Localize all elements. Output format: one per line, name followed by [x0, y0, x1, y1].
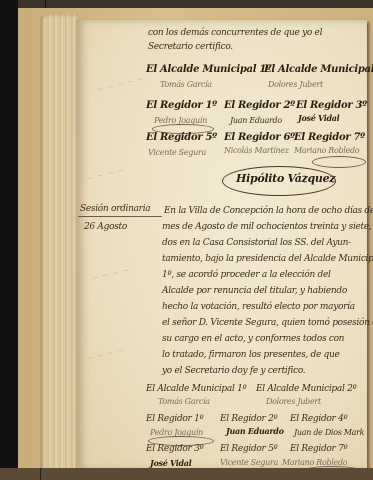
signature-flourish	[222, 166, 336, 196]
signature-title: El Regidor 1º	[146, 414, 203, 424]
string-marker	[40, 468, 41, 480]
signature-name: Juan Eduardo	[226, 426, 284, 436]
signature-name: Juan Eduardo	[230, 116, 282, 125]
bleed-through: ~ ~ ~ ~	[85, 165, 125, 184]
signature-title: El Regidor 5º	[220, 444, 277, 454]
bleed-through: ~ ~ ~ ~	[85, 345, 125, 364]
entry-line: mes de Agosto de mil ochocientos treinta…	[162, 222, 373, 232]
signature-name: Mariano Robledo	[294, 146, 359, 155]
signature-name: Nicolás Martínez	[224, 146, 289, 155]
entry-line: su cargo en el acto, y conformes todos c…	[162, 334, 344, 344]
heading-underline	[78, 216, 162, 217]
signature-title: El Alcalde Municipal 2º	[264, 64, 373, 75]
signature-name: Vicente Segura	[220, 458, 278, 467]
margin-date: 26 Agosto	[84, 222, 127, 232]
margin-heading: Sesión ordinaria	[80, 204, 150, 214]
signature-title: El Regidor 2º	[224, 100, 295, 111]
bleed-through: ~ ~ ~ ~	[90, 265, 130, 284]
signature-title: El Regidor 1º	[146, 100, 217, 111]
signature-title: El Alcalde Municipal 1º	[146, 384, 246, 394]
photo-bottom-edge	[0, 468, 373, 480]
signature-flourish	[312, 156, 366, 168]
signature-title: El Regidor 4º	[290, 414, 347, 424]
signature-name: José Vidal	[150, 458, 191, 468]
entry-line: 1º, se acordó proceder a la elección del	[162, 270, 331, 280]
signature-name: Tomás García	[160, 80, 212, 89]
entry-line: Alcalde por renuncia del titular, y habi…	[162, 286, 347, 296]
entry-line: En la Villa de Concepción la hora de och…	[164, 206, 373, 216]
signature-name: Vicente Segura	[148, 148, 206, 157]
signature-title: El Regidor 3º	[146, 444, 203, 454]
signature-title: El Regidor 3º	[296, 100, 367, 111]
signature-title: El Regidor 7º	[290, 444, 347, 454]
signature-name: Dolores Jubert	[266, 397, 321, 406]
entry-line: dos en la Casa Consistorial los SS. del …	[162, 238, 351, 248]
entry-line: el señor D. Vicente Segura, quien tomó p…	[162, 318, 373, 328]
continuation-line: Secretario certifico.	[148, 42, 233, 52]
entry-line: yo el Secretario doy fe y certifico.	[162, 366, 305, 376]
page-edges	[40, 14, 78, 472]
manuscript-page: ~ ~ ~ ~ ~ ~ ~ ~ ~ ~ ~ ~ ~ ~ ~ ~ ~ con lo…	[76, 20, 367, 470]
entry-line: tamiento, bajo la presidencia del Alcald…	[162, 254, 373, 264]
signature-title: El Alcalde Municipal 2º	[256, 384, 356, 394]
signature-title: El Alcalde Municipal 1º	[146, 64, 271, 75]
entry-line: hecho la votación, resultó electo por ma…	[162, 302, 355, 312]
signature-title: El Regidor 6º	[224, 132, 295, 143]
signature-name: Dolores Jubert	[268, 80, 323, 89]
photo-left-edge	[0, 0, 18, 480]
continuation-line: con los demás concurrentes de que yo el	[148, 28, 322, 38]
signature-title: El Regidor 7º	[294, 132, 365, 143]
signature-title: El Regidor 2º	[220, 414, 277, 424]
signature-name: Juan de Dios Mark	[294, 428, 364, 437]
signature-name: Tomás García	[158, 397, 210, 406]
entry-line: lo tratado, firmaron los presentes, de q…	[162, 350, 340, 360]
signature-name: José Vidal	[298, 113, 339, 123]
signature-title: El Regidor 5º	[146, 132, 217, 143]
bleed-through: ~ ~ ~ ~ ~	[96, 74, 146, 96]
